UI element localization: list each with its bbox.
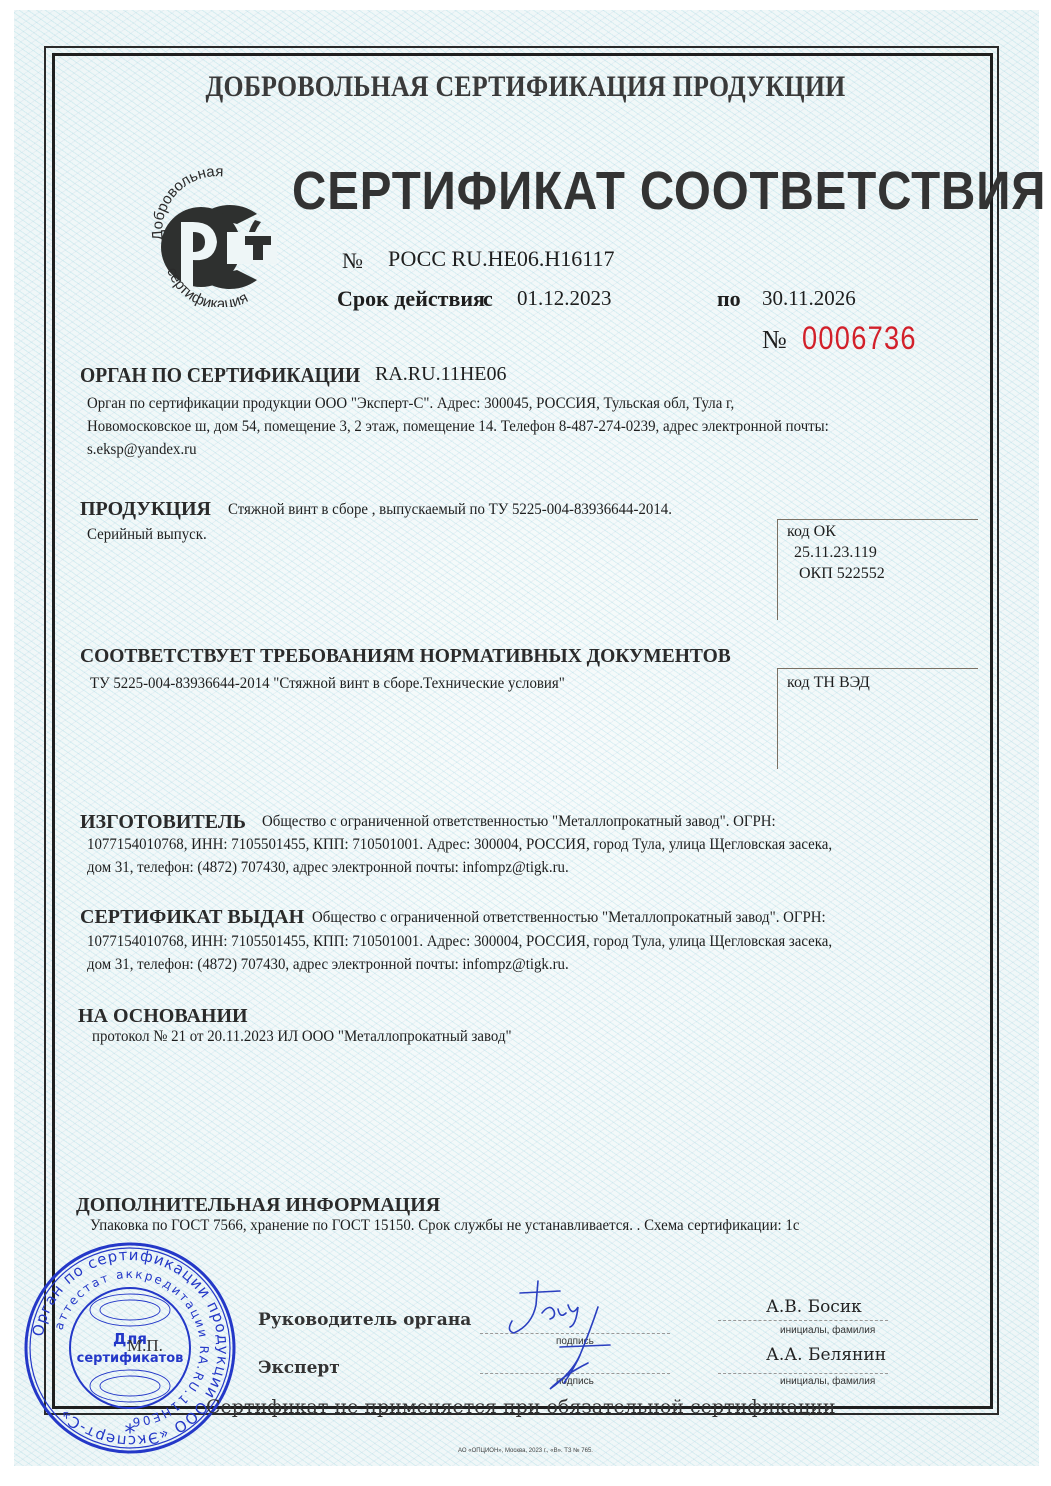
expert-name: А.А. Белянин (766, 1345, 886, 1365)
manufacturer-heading: ИЗГОТОВИТЕЛЬ (80, 811, 246, 834)
certification-body-line-1: Орган по сертификации продукции ООО "Экс… (87, 395, 734, 413)
head-name: А.В. Босик (766, 1297, 862, 1317)
certification-body-heading: ОРГАН ПО СЕРТИФИКАЦИИ (80, 363, 360, 388)
certificate-number-label: № (342, 248, 363, 274)
certification-body-line-2: Новомосковское ш, дом 54, помещение 3, 2… (87, 418, 829, 436)
serial-number-label: № (762, 325, 787, 355)
manufacturer-line-3: дом 31, телефон: (4872) 707430, адрес эл… (87, 859, 569, 877)
okp-code: ОКП 522552 (799, 565, 885, 583)
product-serial-production: Серийный выпуск. (87, 526, 207, 544)
printer-imprint: АО «ОПЦИОН», Москва, 2023 г., «В». ТЗ № … (0, 1448, 1051, 1454)
certificate-number: РОСС RU.HE06.H16117 (388, 246, 614, 272)
validity-label: Срок действия (337, 286, 485, 312)
expert-label: Эксперт (258, 1358, 340, 1378)
ok-code-label: код ОК (787, 523, 836, 541)
issued-to-heading: СЕРТИФИКАТ ВЫДАН (80, 906, 304, 929)
validity-from-label: с (483, 286, 493, 312)
voluntary-only-note: Сертификат не применяется при обязательн… (206, 1396, 836, 1418)
head-name-line (718, 1320, 888, 1321)
head-name-caption: инициалы, фамилия (780, 1325, 875, 1336)
basis-heading: НА ОСНОВАНИИ (78, 1005, 248, 1028)
voluntary-certification-title: ДОБРОВОЛЬНАЯ СЕРТИФИКАЦИЯ ПРОДУКЦИИ (74, 70, 978, 104)
issued-to-line-1: Общество с ограниченной ответственностью… (312, 909, 826, 927)
valid-from-date: 01.12.2023 (517, 286, 612, 311)
basis-protocol: протокол № 21 от 20.11.2023 ИЛ ООО "Мета… (92, 1028, 512, 1046)
handwritten-signatures-icon (480, 1265, 650, 1395)
svg-text:*: * (125, 1421, 136, 1446)
rst-logo-icon: Добровольная сертификация (145, 162, 285, 307)
seal-place-label: М.П. (127, 1336, 163, 1356)
certification-body-email: s.eksp@yandex.ru (87, 441, 197, 459)
issued-to-line-2: 1077154010768, ИНН: 7105501455, КПП: 710… (87, 933, 832, 951)
expert-name-caption: инициалы, фамилия (780, 1376, 875, 1387)
additional-info-text: Упаковка по ГОСТ 7566, хранение по ГОСТ … (90, 1217, 799, 1235)
additional-info-heading: ДОПОЛНИТЕЛЬНАЯ ИНФОРМАЦИЯ (76, 1194, 440, 1217)
product-heading: ПРОДУКЦИЯ (80, 498, 211, 521)
tn-ved-label: код ТН ВЭД (787, 674, 870, 692)
product-description: Стяжной винт в сборе , выпускаемый по ТУ… (228, 501, 672, 519)
issued-to-line-3: дом 31, телефон: (4872) 707430, адрес эл… (87, 956, 569, 974)
expert-name-line (718, 1373, 888, 1374)
certificate-of-conformity-title: СЕРТИФИКАТ СООТВЕТСТВИЯ (292, 160, 1046, 222)
manufacturer-line-1: Общество с ограниченной ответственностью… (262, 813, 776, 831)
certification-body-code: RA.RU.11HE06 (375, 363, 506, 386)
validity-to-label: по (717, 286, 741, 312)
conformity-heading: СООТВЕТСТВУЕТ ТРЕБОВАНИЯМ НОРМАТИВНЫХ ДО… (80, 646, 731, 668)
conformity-document: ТУ 5225-004-83936644-2014 "Стяжной винт … (90, 675, 565, 693)
ok-code-value: 25.11.23.119 (794, 544, 877, 562)
head-of-body-label: Руководитель органа (258, 1310, 471, 1330)
serial-number: 0006736 (802, 320, 917, 357)
valid-to-date: 30.11.2026 (762, 286, 856, 311)
manufacturer-line-2: 1077154010768, ИНН: 7105501455, КПП: 710… (87, 836, 832, 854)
